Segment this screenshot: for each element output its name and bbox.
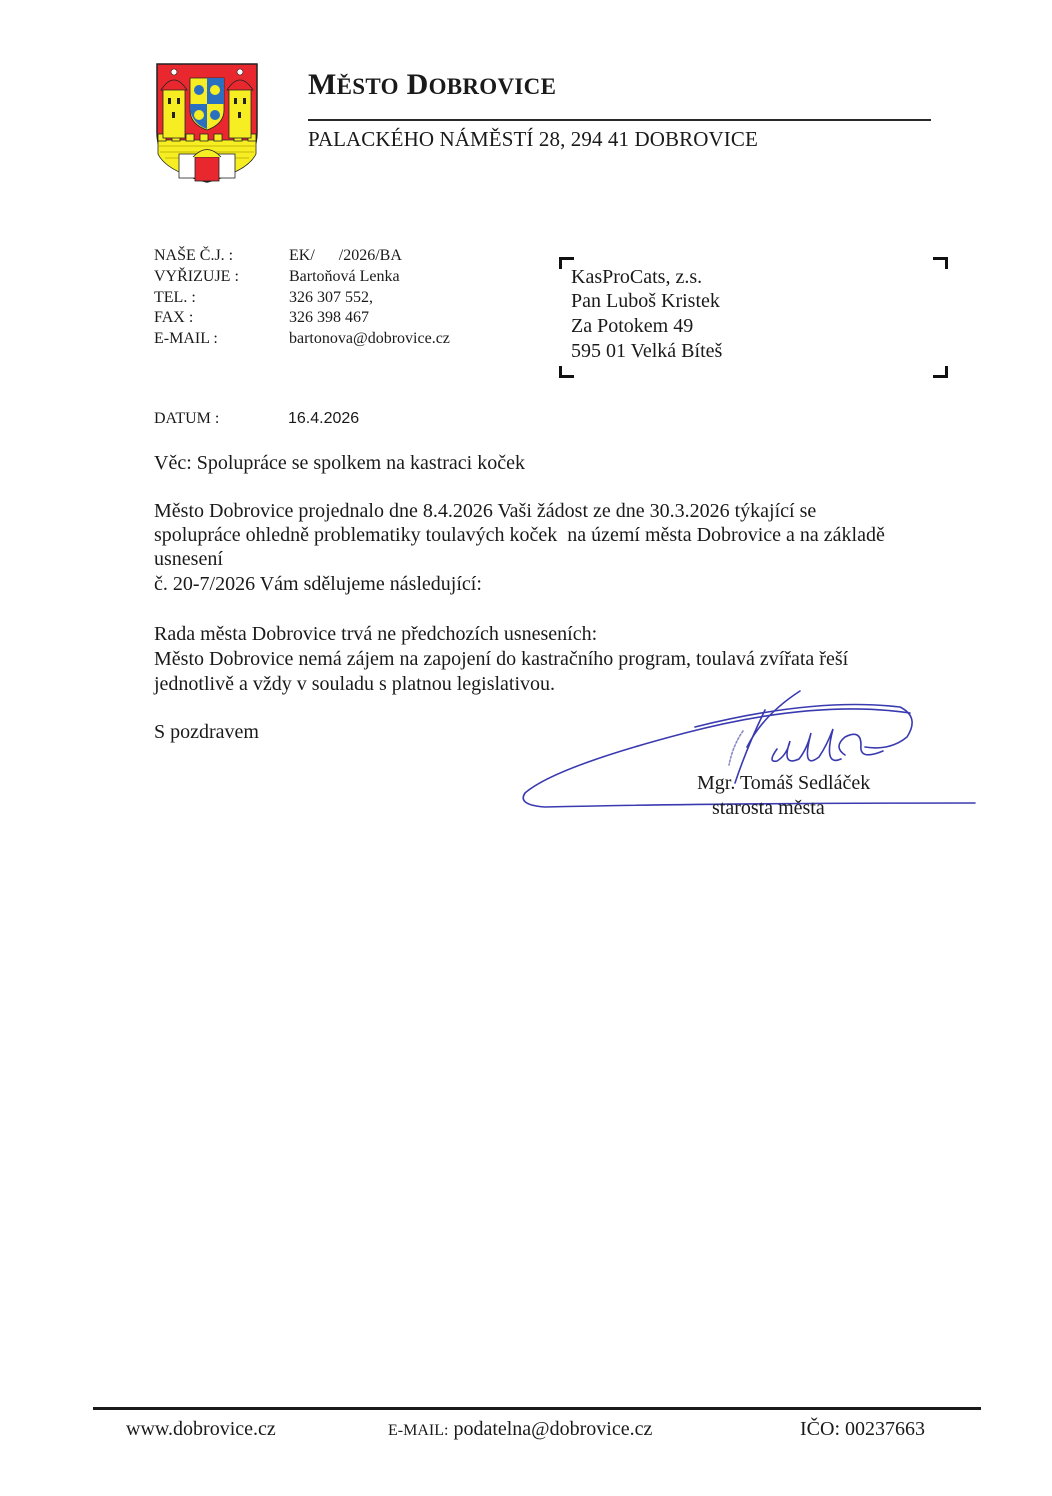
- footer-ico: IČO: 00237663: [800, 1418, 925, 1441]
- footer-email-label: E-MAIL:: [388, 1422, 448, 1439]
- coat-of-arms-icon: [155, 62, 259, 184]
- recipient-city: 595 01 Velká Bíteš: [571, 340, 722, 363]
- header-divider: [308, 119, 931, 121]
- ref-label-email: E-MAIL :: [154, 330, 218, 348]
- recipient-org: KasProCats, z.s.: [571, 266, 702, 289]
- ref-value-vyrizuje: Bartoňová Lenka: [289, 268, 400, 286]
- town-title: MĚSTO DOBROVICE: [308, 68, 556, 102]
- ref-label-cj: NAŠE Č.J. :: [154, 247, 233, 265]
- ref-value-cj: EK/ /2026/BA: [289, 247, 402, 265]
- paragraph-line: jednotlivě a vždy v souladu s platnou le…: [154, 673, 555, 696]
- paragraph-line: Město Dobrovice projednalo dne 8.4.2026 …: [154, 500, 816, 523]
- ref-value-fax: 326 398 467: [289, 309, 369, 327]
- paragraph-line: spolupráce ohledně problematiky toulavýc…: [154, 524, 885, 547]
- footer-divider: [93, 1407, 981, 1410]
- paragraph-line: Město Dobrovice nemá zájem na zapojení d…: [154, 648, 848, 671]
- footer-email-link[interactable]: podatelna@dobrovice.cz: [453, 1418, 652, 1440]
- signer-name: Mgr. Tomáš Sedláček: [697, 772, 870, 795]
- footer-website-link[interactable]: www.dobrovice.cz: [126, 1418, 276, 1441]
- ref-label-vyrizuje: VYŘIZUJE :: [154, 268, 239, 286]
- footer-email: E-MAIL: podatelna@dobrovice.cz: [388, 1418, 652, 1441]
- ref-label-fax: FAX :: [154, 309, 193, 327]
- closing-greeting: S pozdravem: [154, 721, 259, 744]
- corner-mark-icon: [933, 366, 948, 378]
- paragraph-line: usnesení: [154, 548, 223, 571]
- recipient-street: Za Potokem 49: [571, 315, 693, 338]
- corner-mark-icon: [933, 257, 948, 269]
- date-value: 16.4.2026: [288, 410, 359, 428]
- ref-value-tel: 326 307 552,: [289, 289, 373, 307]
- paragraph-line: Rada města Dobrovice trvá ne předchozích…: [154, 623, 597, 646]
- paragraph-line: č. 20-7/2026 Vám sdělujeme následující:: [154, 573, 482, 596]
- ref-label-tel: TEL. :: [154, 289, 196, 307]
- ref-value-email: bartonova@dobrovice.cz: [289, 330, 450, 348]
- town-address: PALACKÉHO NÁMĚSTÍ 28, 294 41 DOBROVICE: [308, 127, 758, 152]
- corner-mark-icon: [559, 366, 574, 378]
- date-label: DATUM :: [154, 410, 219, 428]
- recipient-person: Pan Luboš Kristek: [571, 290, 720, 313]
- signer-title: starosta města: [712, 797, 825, 820]
- subject-line: Věc: Spolupráce se spolkem na kastraci k…: [154, 452, 525, 475]
